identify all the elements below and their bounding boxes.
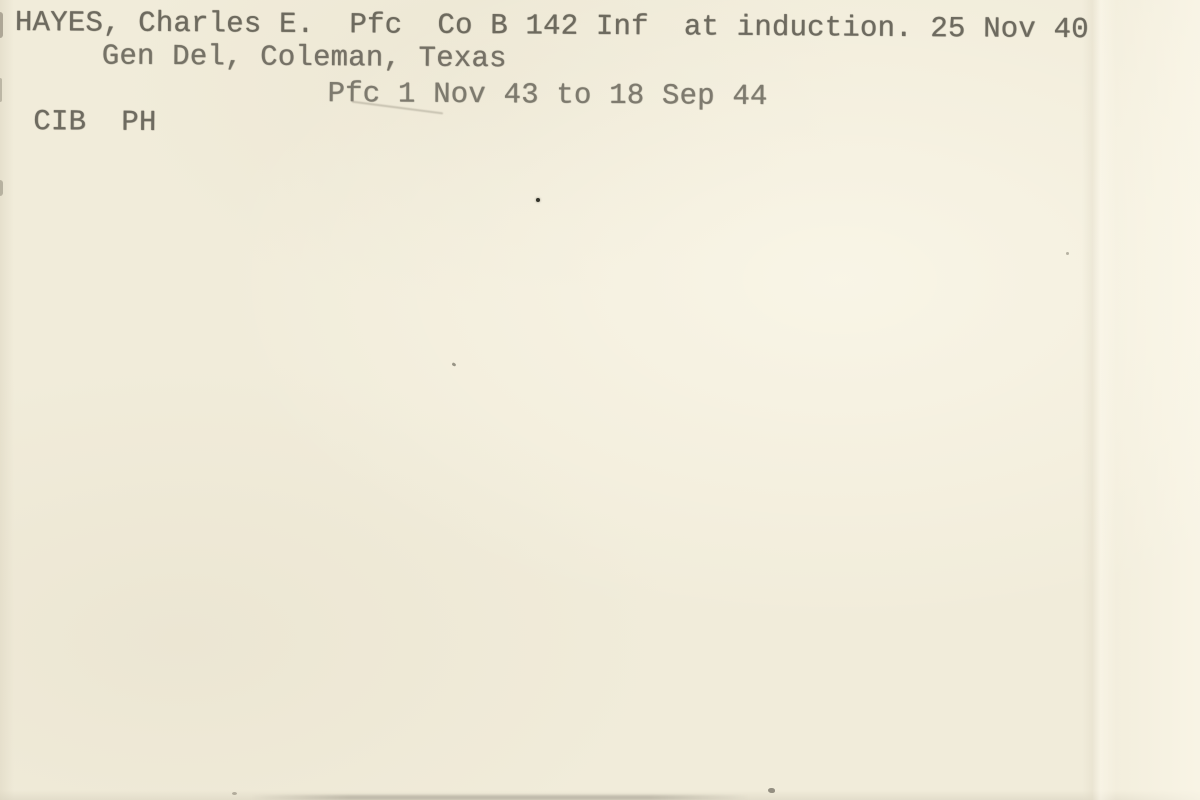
left-edge-mark (0, 12, 3, 38)
left-edge-mark (0, 180, 3, 196)
address-line: Gen Del, Coleman, Texas (102, 42, 507, 75)
awards-line: CIB PH (33, 107, 156, 138)
bottom-edge-shadow (250, 795, 750, 800)
paper-speck (536, 198, 540, 202)
paper-speck (768, 788, 775, 793)
typed-text-block: HAYES, Charles E. Pfc Co B 142 Inf at in… (0, 0, 1200, 800)
left-edge-mark (0, 78, 2, 102)
paper-speck (1066, 252, 1069, 255)
paper-speck (232, 792, 237, 795)
scanned-index-card: HAYES, Charles E. Pfc Co B 142 Inf at in… (0, 0, 1200, 800)
